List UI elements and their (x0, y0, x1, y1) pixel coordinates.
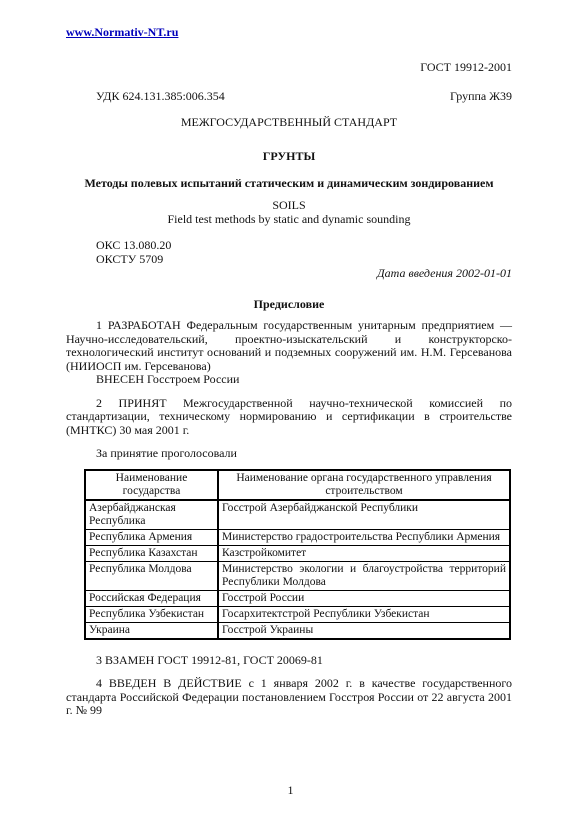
state-cell: Азербайджанская Республика (85, 500, 218, 530)
preface-paragraph-1b: ВНЕСЕН Госстроем России (66, 373, 512, 387)
agency-cell: Госстрой Азербайджанской Республики (218, 500, 510, 530)
table-header-state: Наименование государства (85, 470, 218, 500)
effective-date: Дата введения 2002-01-01 (66, 267, 512, 281)
document-title-en: SOILS (66, 199, 512, 213)
standard-type-heading: МЕЖГОСУДАРСТВЕННЫЙ СТАНДАРТ (66, 116, 512, 130)
agency-cell: Казстройкомитет (218, 545, 510, 561)
state-cell: Республика Узбекистан (85, 606, 218, 622)
table-row: Украина Госстрой Украины (85, 622, 510, 639)
agency-cell: Министерство градостроительства Республи… (218, 529, 510, 545)
oks-code: ОКС 13.080.20 (96, 239, 512, 253)
classification-codes: ОКС 13.080.20 ОКСТУ 5709 (66, 239, 512, 266)
table-row: Азербайджанская Республика Госстрой Азер… (85, 500, 510, 530)
document-page: www.Normativ-NT.ru ГОСТ 19912-2001 УДК 6… (0, 0, 581, 832)
preface-paragraph-2: 2 ПРИНЯТ Межгосударственной научно-техни… (66, 397, 512, 438)
page-content: www.Normativ-NT.ru ГОСТ 19912-2001 УДК 6… (0, 0, 581, 718)
preface-heading: Предисловие (66, 298, 512, 312)
state-cell: Республика Армения (85, 529, 218, 545)
document-subtitle-en: Field test methods by static and dynamic… (66, 213, 512, 227)
state-cell: Республика Казахстан (85, 545, 218, 561)
preface-paragraph-4: 4 ВВЕДЕН В ДЕЙСТВИЕ с 1 января 2002 г. в… (66, 677, 512, 718)
normativ-site-link[interactable]: www.Normativ-NT.ru (66, 26, 178, 40)
preface-paragraph-3: 3 ВЗАМЕН ГОСТ 19912-81, ГОСТ 20069-81 (66, 654, 512, 668)
preface-paragraph-1: 1 РАЗРАБОТАН Федеральным государственным… (66, 319, 512, 373)
page-number: 1 (0, 784, 581, 798)
agency-cell: Госстрой России (218, 590, 510, 606)
agency-cell: Госархитектстрой Республики Узбекистан (218, 606, 510, 622)
state-cell: Украина (85, 622, 218, 639)
document-subtitle: Методы полевых испытаний статическим и д… (66, 177, 512, 191)
udk-code: УДК 624.131.385:006.354 (96, 90, 225, 104)
table-row: Республика Казахстан Казстройкомитет (85, 545, 510, 561)
table-row: Республика Армения Министерство градостр… (85, 529, 510, 545)
state-cell: Республика Молдова (85, 561, 218, 590)
group-code: Группа Ж39 (450, 90, 512, 104)
table-row: Республика Узбекистан Госархитектстрой Р… (85, 606, 510, 622)
table-row: Республика Молдова Министерство экологии… (85, 561, 510, 590)
okstu-code: ОКСТУ 5709 (96, 253, 512, 267)
table-row: Российская Федерация Госстрой России (85, 590, 510, 606)
table-header-row: Наименование государства Наименование ор… (85, 470, 510, 500)
document-title: ГРУНТЫ (66, 150, 512, 164)
gost-number: ГОСТ 19912-2001 (66, 61, 512, 75)
udk-group-row: УДК 624.131.385:006.354 Группа Ж39 (66, 90, 512, 104)
state-cell: Российская Федерация (85, 590, 218, 606)
vote-table: Наименование государства Наименование ор… (84, 469, 511, 640)
agency-cell: Министерство экологии и благоустройства … (218, 561, 510, 590)
voted-line: За принятие проголосовали (66, 447, 512, 461)
table-header-agency: Наименование органа государственного упр… (218, 470, 510, 500)
agency-cell: Госстрой Украины (218, 622, 510, 639)
